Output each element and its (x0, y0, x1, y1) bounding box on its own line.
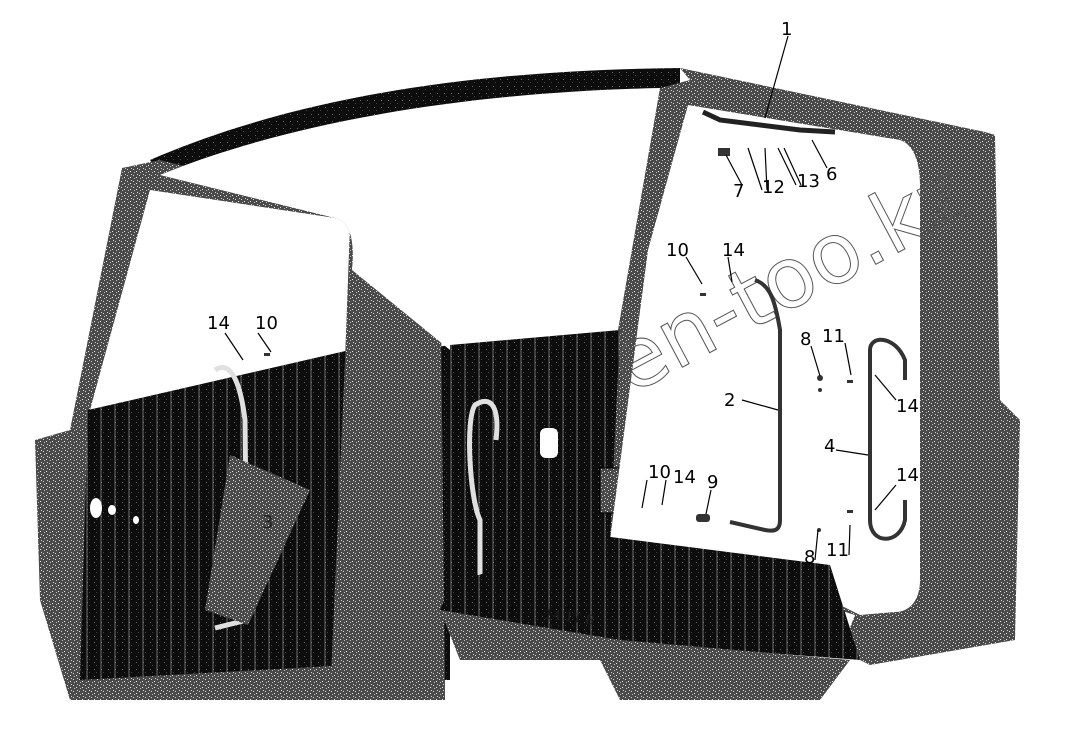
screw-10 (264, 353, 270, 356)
callout-14c[interactable]: 14 (896, 465, 919, 486)
screw-10 (700, 293, 706, 296)
washer-8 (818, 388, 822, 392)
callout-10b[interactable]: 10 (648, 462, 671, 483)
callout-10c[interactable]: 10 (255, 313, 278, 334)
fastener-7 (718, 148, 730, 156)
fastener-9 (696, 514, 710, 522)
callout-6[interactable]: 6 (826, 164, 837, 185)
cab-diagram: en-too.kz 1 2 (0, 0, 1079, 738)
callout-10a[interactable]: 10 (666, 240, 689, 261)
callout-14e[interactable]: 14 (207, 313, 230, 334)
callout-2[interactable]: 2 (724, 390, 735, 411)
callout-3[interactable]: 3 (262, 512, 273, 533)
callout-11b[interactable]: 11 (826, 540, 849, 561)
callout-14b[interactable]: 14 (896, 396, 919, 417)
callout-8a[interactable]: 8 (800, 329, 811, 350)
callout-12[interactable]: 12 (762, 177, 785, 198)
door-hole (108, 505, 116, 515)
door-hole (90, 498, 102, 518)
center-latch-plate (540, 428, 558, 458)
callout-8b[interactable]: 8 (804, 547, 815, 568)
callout-13[interactable]: 13 (797, 171, 820, 192)
callout-7[interactable]: 7 (733, 181, 744, 202)
screw-11 (847, 510, 853, 513)
callout-14d[interactable]: 14 (673, 467, 696, 488)
callout-4[interactable]: 4 (824, 436, 835, 457)
callout-9[interactable]: 9 (707, 472, 718, 493)
door-hole (133, 516, 139, 524)
callout-1[interactable]: 1 (781, 19, 792, 40)
screw-11 (847, 380, 853, 383)
callout-11a[interactable]: 11 (822, 326, 845, 347)
callout-14a[interactable]: 14 (722, 240, 745, 261)
